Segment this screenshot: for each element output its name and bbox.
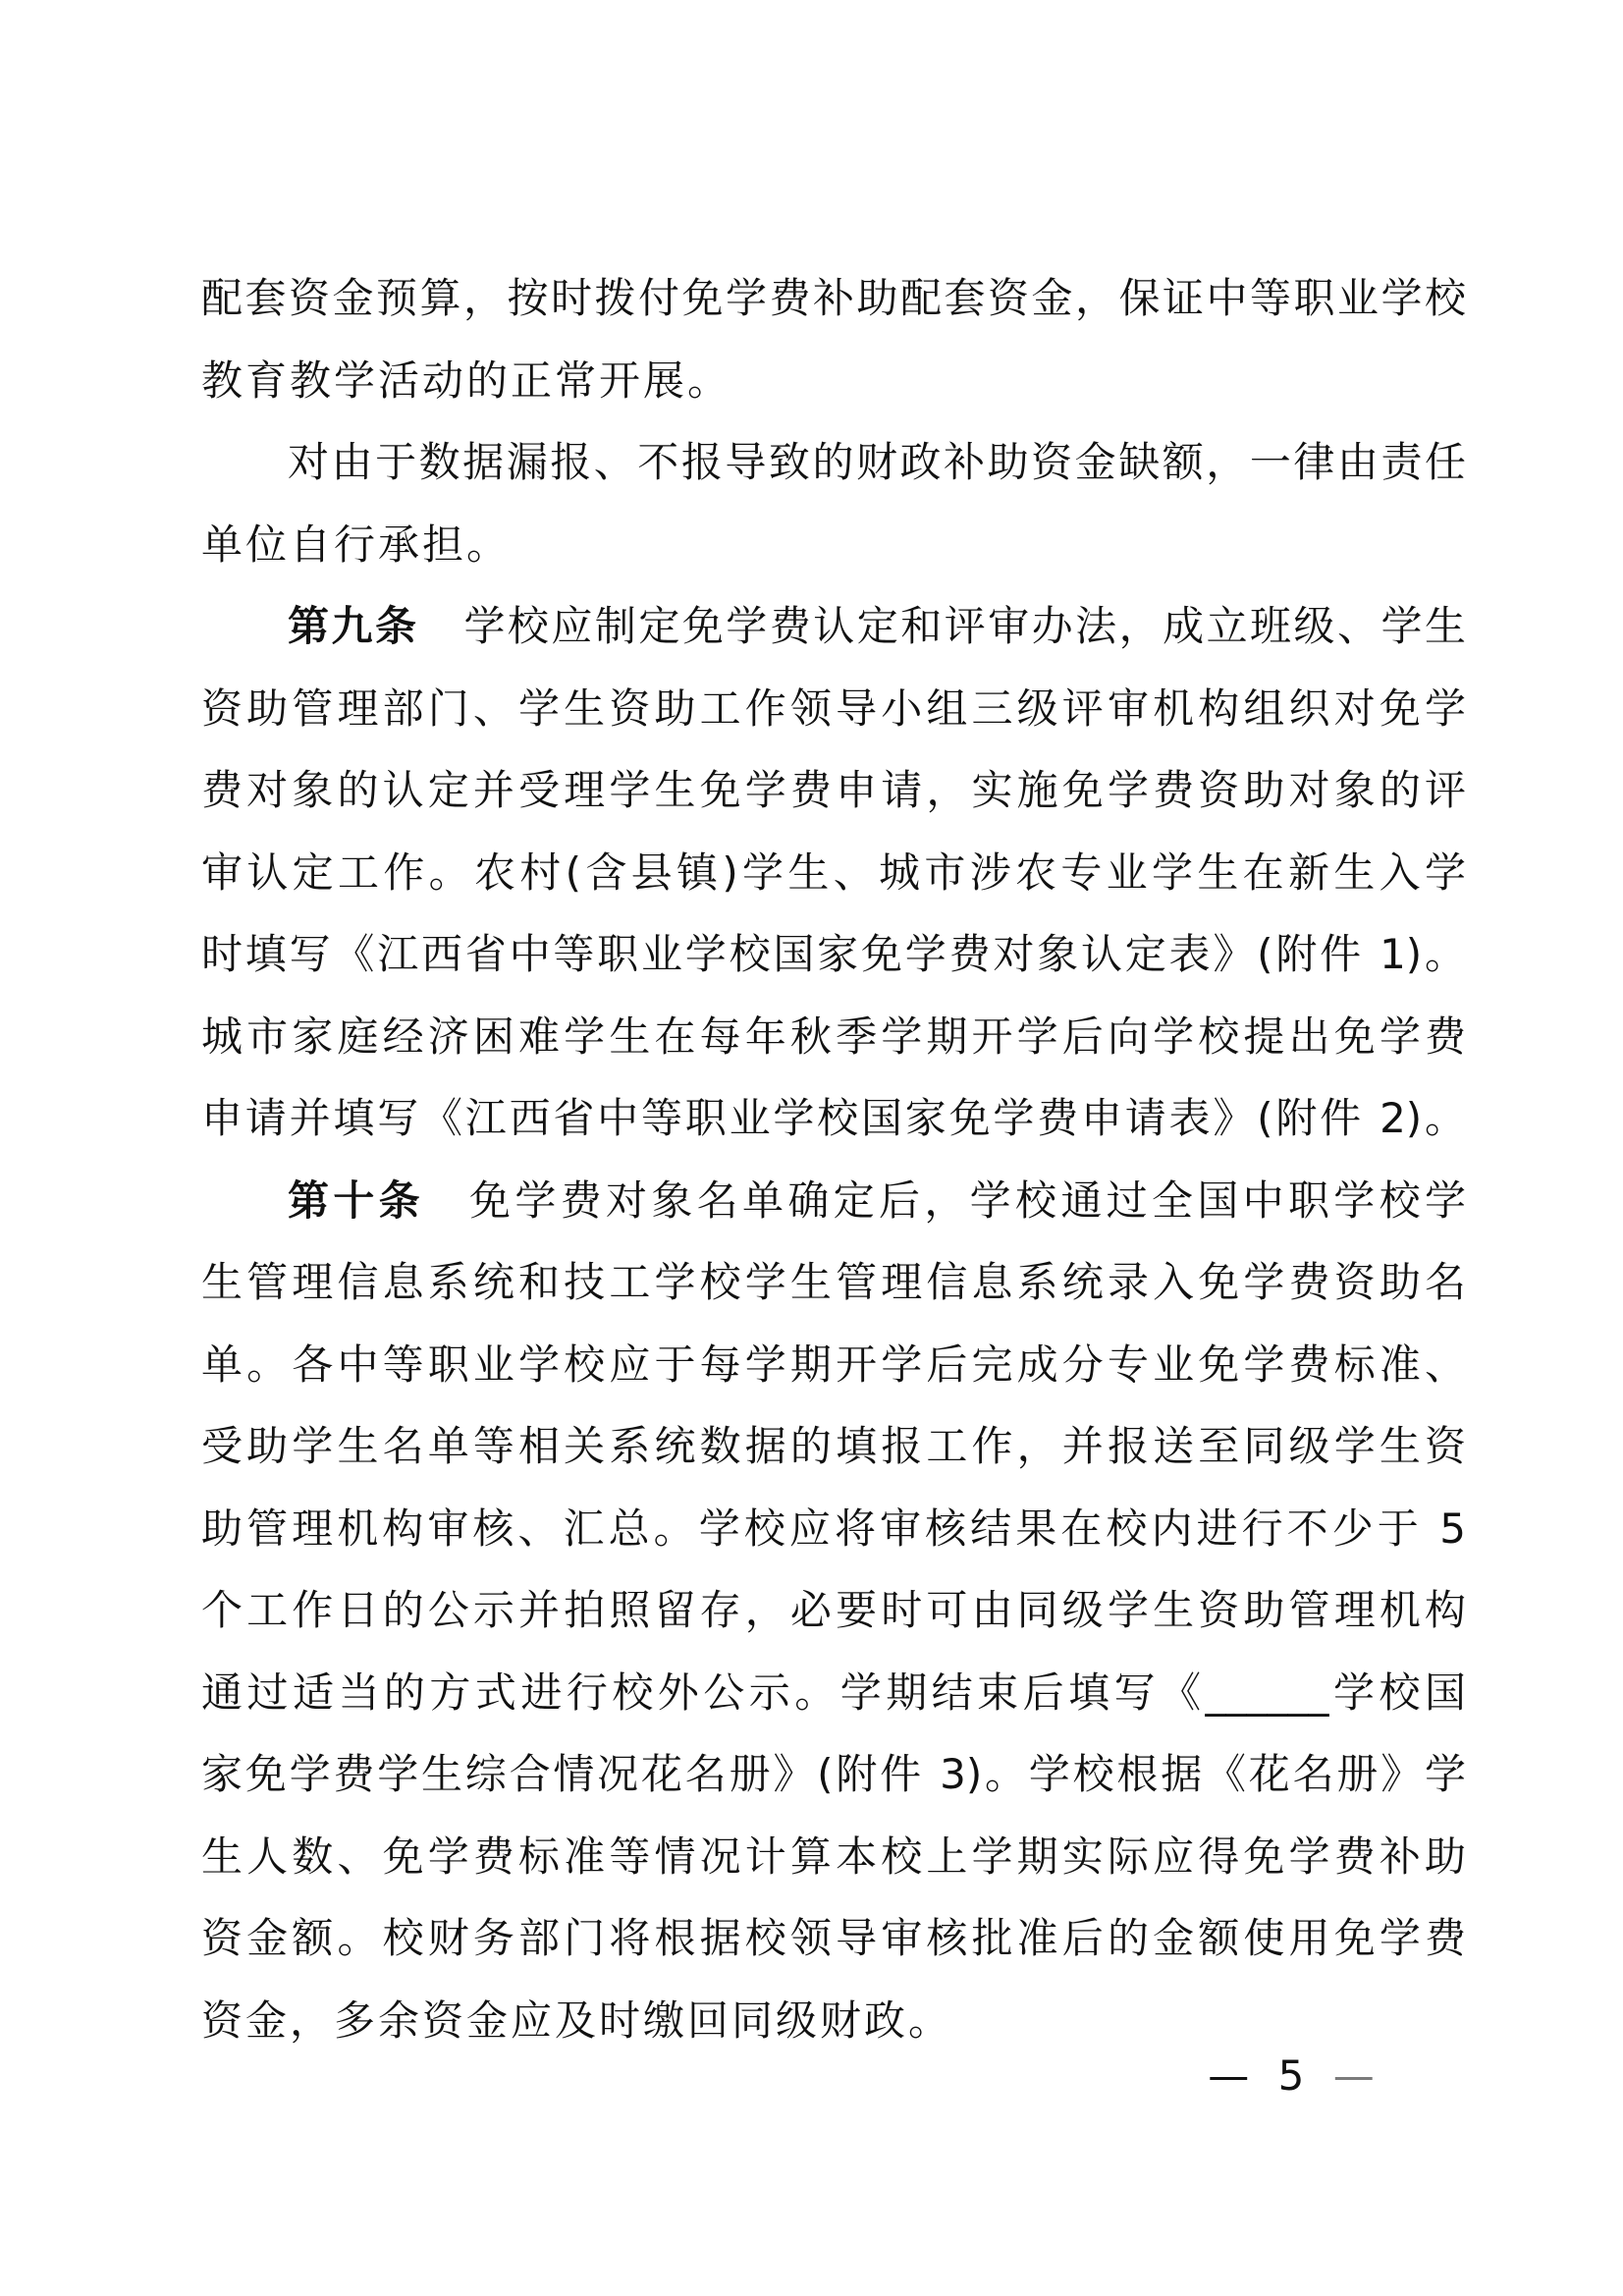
text-line: 生人数、免学费标准等情况计算本校上学期实际应得免学费补助 [201, 1816, 1466, 1898]
text-line: 单。各中等职业学校应于每学期开学后完成分专业免学费标准、 [201, 1324, 1466, 1406]
line-text: 免学费对象名单确定后，学校通过全国中职学校学 [469, 1176, 1466, 1225]
text-line: 助管理机构审核、汇总。学校应将审核结果在校内进行不少于 5 [201, 1488, 1466, 1570]
text-line: 生管理信息系统和技工学校学生管理信息系统录入免学费资助名 [201, 1241, 1466, 1324]
article-number: 第十条 [288, 1176, 424, 1225]
text-line: 对由于数据漏报、不报导致的财政补助资金缺额，一律由责任 [201, 421, 1466, 504]
page-footer: — 5 — [1183, 2049, 1399, 2104]
footer-dash-left: — [1208, 2051, 1249, 2100]
text-line: 教育教学活动的正常开展。 [201, 340, 1466, 422]
text-line: 城市家庭经济困难学生在每年秋季学期开学后向学校提出免学费 [201, 996, 1466, 1078]
document-page: 配套资金预算，按时拨付免学费补助配套资金，保证中等职业学校教育教学活动的正常开展… [0, 0, 1623, 2296]
text-line: 单位自行承担。 [201, 504, 1466, 586]
text-line: 家免学费学生综合情况花名册》(附件 3)。学校根据《花名册》学 [201, 1733, 1466, 1816]
text-line: 通过适当的方式进行校外公示。学期结束后填写《______学校国 [201, 1652, 1466, 1734]
text-line: 费对象的认定并受理学生免学费申请，实施免学费资助对象的评 [201, 749, 1466, 832]
text-line: 审认定工作。农村(含县镇)学生、城市涉农专业学生在新生入学 [201, 832, 1466, 914]
footer-dash-right: — [1333, 2051, 1375, 2100]
line-text: 学校应制定免学费认定和评审办法，成立班级、学生 [463, 602, 1466, 650]
document-body: 配套资金预算，按时拨付免学费补助配套资金，保证中等职业学校教育教学活动的正常开展… [201, 257, 1466, 2061]
text-line: 个工作日的公示并拍照留存，必要时可由同级学生资助管理机构 [201, 1569, 1466, 1652]
text-line: 资金额。校财务部门将根据校领导审核批准后的金额使用免学费 [201, 1897, 1466, 1980]
text-line: 受助学生名单等相关系统数据的填报工作，并报送至同级学生资 [201, 1405, 1466, 1488]
text-line: 第十条免学费对象名单确定后，学校通过全国中职学校学 [201, 1160, 1466, 1242]
text-line: 申请并填写《江西省中等职业学校国家免学费申请表》(附件 2)。 [201, 1077, 1466, 1160]
page-number: 5 [1278, 2049, 1305, 2104]
text-line: 资助管理部门、学生资助工作领导小组三级评审机构组织对免学 [201, 668, 1466, 750]
text-line: 第九条学校应制定免学费认定和评审办法，成立班级、学生 [201, 585, 1466, 668]
text-line: 配套资金预算，按时拨付免学费补助配套资金，保证中等职业学校 [201, 257, 1466, 340]
article-number: 第九条 [288, 602, 418, 650]
text-line: 时填写《江西省中等职业学校国家免学费对象认定表》(附件 1)。 [201, 913, 1466, 996]
